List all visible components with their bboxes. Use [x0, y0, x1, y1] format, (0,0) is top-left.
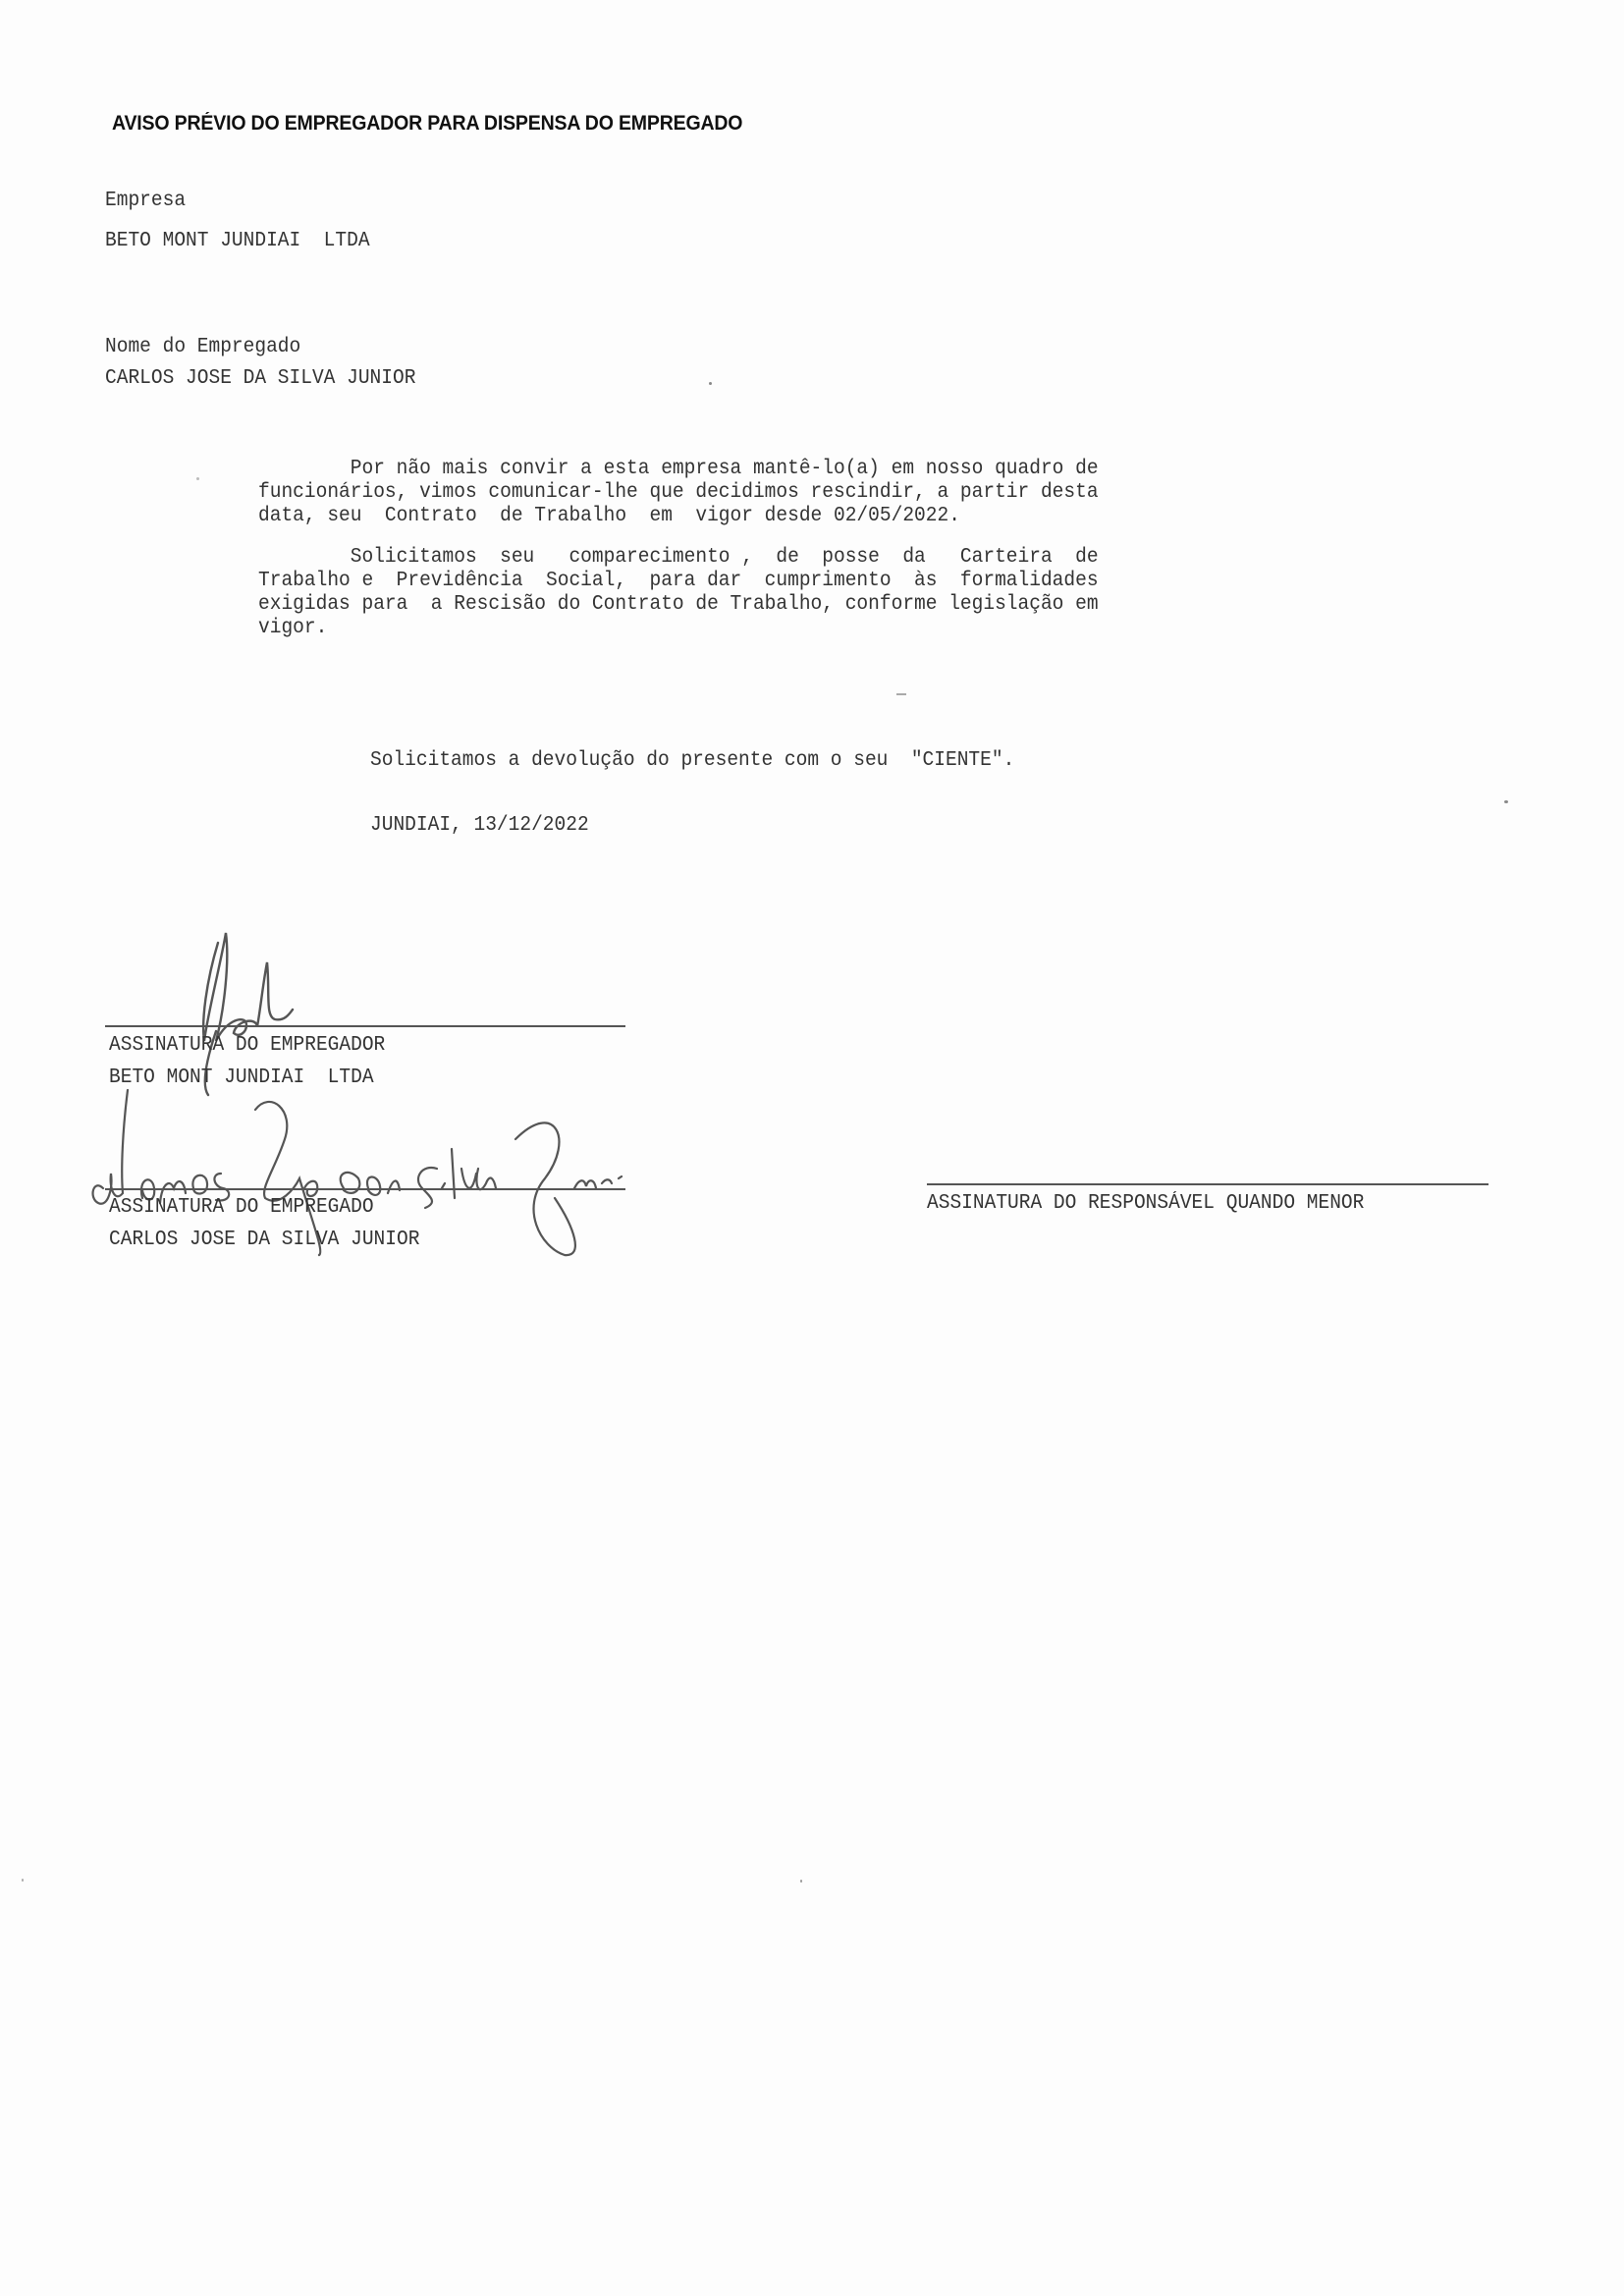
scan-speck: [800, 1880, 802, 1883]
scan-speck: [196, 477, 199, 480]
paragraph-line: funcionários, vimos comunicar-lhe que de…: [258, 481, 1171, 505]
scan-speck: [22, 1879, 24, 1882]
employee-signature-name: CARLOS JOSE DA SILVA JUNIOR: [109, 1229, 419, 1252]
employer-signature-name: BETO MONT JUNDIAI LTDA: [109, 1066, 374, 1090]
request-ciente-text: Solicitamos a devolução do presente com …: [370, 749, 1014, 773]
paragraph-line: Trabalho e Previdência Social, para dar …: [258, 570, 1171, 593]
company-name: BETO MONT JUNDIAI LTDA: [105, 230, 370, 253]
paragraph-line: vigor.: [258, 617, 1171, 640]
paragraph-line: exigidas para a Rescisão do Contrato de …: [258, 593, 1171, 617]
guardian-signature-label: ASSINATURA DO RESPONSÁVEL QUANDO MENOR: [927, 1192, 1364, 1216]
paragraph-line: data, seu Contrato de Trabalho em vigor …: [258, 505, 1171, 528]
employer-signature-label: ASSINATURA DO EMPREGADOR: [109, 1034, 385, 1058]
place-date: JUNDIAI, 13/12/2022: [370, 814, 589, 838]
employee-signature-label: ASSINATURA DO EMPREGADO: [109, 1196, 374, 1220]
employee-label: Nome do Empregado: [105, 336, 300, 359]
paragraph-dismissal: Por não mais convir a esta empresa mantê…: [258, 458, 1240, 528]
employee-name: CARLOS JOSE DA SILVA JUNIOR: [105, 367, 415, 391]
document-page: AVISO PRÉVIO DO EMPREGADOR PARA DISPENSA…: [0, 0, 1624, 2296]
document-title: AVISO PRÉVIO DO EMPREGADOR PARA DISPENSA…: [112, 112, 742, 136]
guardian-signature-line: [927, 1183, 1489, 1185]
paragraph-line: Por não mais convir a esta empresa mantê…: [258, 458, 1171, 481]
employee-signature-line: [105, 1188, 625, 1190]
paragraph-line: Solicitamos seu comparecimento , de poss…: [258, 546, 1171, 570]
scan-speck: [709, 382, 712, 385]
company-label: Empresa: [105, 190, 186, 213]
scan-speck: [896, 693, 906, 695]
employer-signature-line: [105, 1025, 625, 1027]
scan-speck: [1504, 800, 1508, 803]
paragraph-attendance: Solicitamos seu comparecimento , de poss…: [258, 546, 1240, 640]
